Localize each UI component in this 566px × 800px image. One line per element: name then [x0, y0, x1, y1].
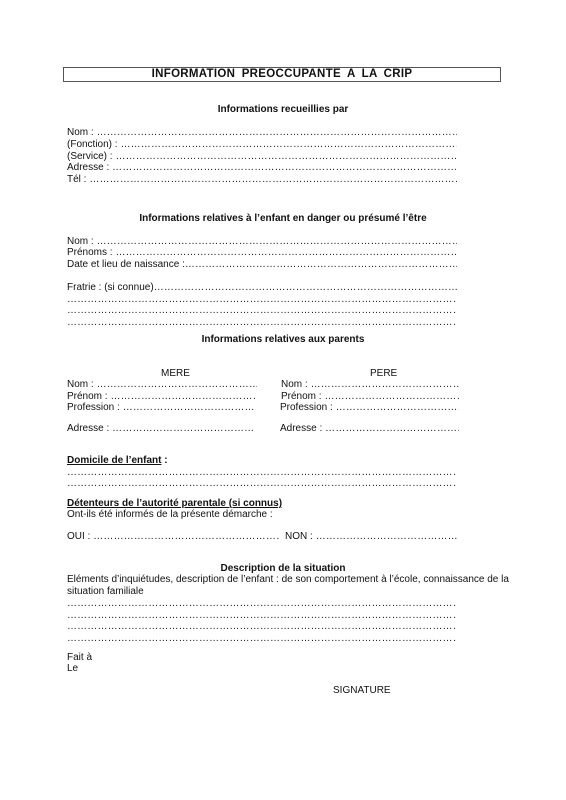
- field-mere-adresse[interactable]: Adresse : ……………………………………………: [67, 423, 253, 435]
- section-heading-enfant: Informations relatives à l’enfant en dan…: [0, 213, 566, 225]
- field-non[interactable]: NON : ……………………………………………: [285, 531, 459, 543]
- fratrie-line-3[interactable]: ……………………………………………………………………………………………………………: [67, 305, 457, 317]
- description-text-line1: Eléments d’inquiétudes, description de l…: [67, 574, 509, 586]
- field-nom-recueilli[interactable]: Nom : ……………………………………………………………………………………………: [67, 127, 457, 139]
- field-pere-profession[interactable]: Profession : …………………………………………: [280, 402, 459, 414]
- description-line-3[interactable]: ……………………………………………………………………………………………………………: [67, 621, 457, 633]
- field-date-lieu-naissance[interactable]: Date et lieu de naissance :……………………………………: [67, 259, 457, 271]
- field-fonction[interactable]: (Fonction) : …………………………………………………………………………: [67, 139, 457, 151]
- field-mere-nom[interactable]: Nom : …………………………………………………: [67, 379, 257, 391]
- field-pere-adresse[interactable]: Adresse : ……………………………………………: [280, 423, 459, 435]
- description-line-4[interactable]: ……………………………………………………………………………………………………………: [67, 633, 457, 645]
- domicile-heading: Domicile de l’enfant :: [67, 455, 168, 467]
- description-text-line2: situation familiale: [67, 586, 144, 598]
- field-adresse-recueilli[interactable]: Adresse : …………………………………………………………………………………: [67, 162, 457, 174]
- le-label: Le: [67, 663, 78, 675]
- description-line-1[interactable]: ……………………………………………………………………………………………………………: [67, 598, 457, 610]
- section-heading-parents: Informations relatives aux parents: [0, 334, 566, 346]
- field-mere-profession[interactable]: Profession : ………………………………………………: [67, 402, 255, 414]
- document-title: INFORMATION PREOCCUPANTE A LA CRIP: [63, 67, 501, 82]
- fratrie-line-4[interactable]: ……………………………………………………………………………………………………………: [67, 317, 457, 329]
- field-pere-nom[interactable]: Nom : ………………………………………………: [281, 379, 459, 391]
- section-heading-recueillies: Informations recueillies par: [0, 104, 566, 116]
- field-fratrie[interactable]: Fratrie : (si connue)……………………………………………………: [67, 282, 457, 294]
- field-tel[interactable]: Tél : ……………………………………………………………………………………………: [67, 174, 457, 186]
- detenteurs-question: Ont-ils été informés de la présente déma…: [67, 509, 273, 521]
- domicile-line-2[interactable]: ……………………………………………………………………………………………………………: [67, 478, 457, 490]
- field-prenoms-enfant[interactable]: Prénoms : …………………………………………………………………………………: [67, 247, 457, 259]
- signature-label: SIGNATURE: [333, 685, 391, 697]
- field-oui[interactable]: OUI : ………………………………………………………: [67, 531, 279, 543]
